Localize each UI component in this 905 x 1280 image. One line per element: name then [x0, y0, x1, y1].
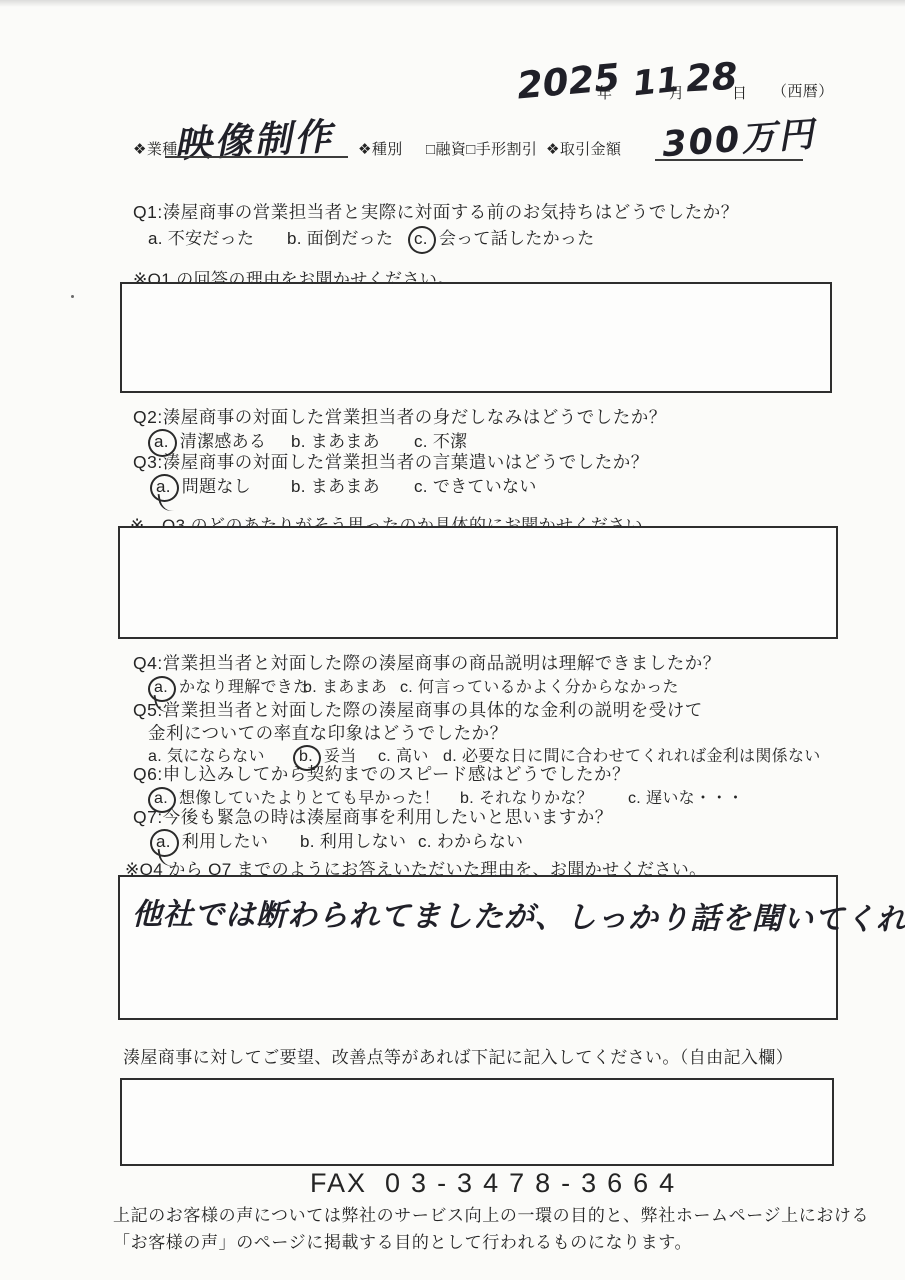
q3-option-b: b.まあまあ: [291, 472, 380, 497]
date-era-note: （西暦）: [772, 80, 834, 101]
deal-type-label-text: 種別: [372, 141, 403, 158]
q7-option-b-label: 利用しない: [320, 832, 407, 851]
q1-option-b-label: 面倒だった: [307, 229, 394, 248]
q4-q7-reason-handwritten-answer: 他社では断わられてましたが、しっかり話を聞いてくれた: [132, 889, 905, 939]
q7-option-b-key: b.: [300, 832, 315, 852]
date-day-suffix: 日: [732, 82, 747, 103]
amount-label-text: 取引金額: [560, 141, 622, 158]
q1-option-c-selected: c.会って話したかった: [415, 224, 595, 254]
fax-line: FAX03-3478-3664: [310, 1168, 685, 1199]
q7-option-b: b.利用しない: [300, 827, 406, 852]
q1-reason-answer-box: [120, 282, 832, 393]
question-q2-text: Q2:湊屋商事の対面した営業担当者の身だしなみはどうでしたか？: [133, 404, 667, 429]
q4-option-b: b.まあまあ: [303, 674, 387, 697]
question-q1-text: Q1:湊屋商事の営業担当者と実際に対面する前のお気持ちはどうでしたか？: [133, 199, 739, 224]
q1-option-a-key: a.: [148, 229, 163, 249]
question-q3-text: Q3:湊屋商事の対面した営業担当者の言葉遣いはどうでしたか？: [133, 449, 649, 474]
q6-option-c-label: 遅いな・・・: [646, 790, 744, 807]
q1-option-b-key: b.: [287, 229, 302, 249]
fax-label: FAX: [310, 1168, 367, 1198]
q4-option-a-label: かなり理解できた: [179, 679, 309, 696]
date-year-suffix: 年: [597, 82, 612, 103]
q7-option-c: c.わからない: [418, 827, 523, 852]
q7-option-c-key: c.: [418, 832, 432, 852]
date-month-suffix: 月: [669, 82, 684, 103]
q7-option-c-label: わからない: [437, 832, 524, 851]
question-q5-text-line1: Q5:営業担当者と対面した際の湊屋商事の具体的な金利の説明を受けて: [133, 697, 703, 722]
q3-option-c: c.できていない: [414, 472, 537, 497]
deal-type-field-label: ❖種別: [358, 138, 403, 159]
q7-option-a-label: 利用したい: [182, 832, 269, 851]
q3-option-c-key: c.: [414, 477, 428, 497]
diamond-icon: ❖: [133, 141, 147, 158]
q1-option-a-label: 不安だった: [168, 229, 255, 248]
diamond-icon: ❖: [546, 141, 560, 158]
q7-option-a-selected: a.利用したい: [157, 827, 268, 857]
q4-option-b-key: b.: [303, 679, 317, 697]
question-q6-text: Q6:申し込みしてから契約までのスピード感はどうでしたか？: [133, 761, 630, 786]
q4-option-c-key: c.: [400, 679, 413, 697]
footer-note-line1: 上記のお客様の声については弊社のサービス向上の一環の目的と、弊社ホームページ上に…: [113, 1201, 869, 1226]
question-q7-text: Q7:今後も緊急の時は湊屋商事を利用したいと思いますか？: [133, 804, 613, 829]
q6-option-c: c.遅いな・・・: [628, 785, 744, 808]
q3-option-b-key: b.: [291, 477, 306, 497]
q3-option-a-selected: a.問題なし: [157, 472, 251, 502]
q6-option-c-key: c.: [628, 790, 641, 808]
question-q5-text-line2: 金利についての率直な印象はどうでしたか？: [148, 720, 508, 745]
scanned-survey-form: 2025 年 11 月 28 日 （西暦） ❖業種 映像制作 ❖種別 □融資□手…: [0, 0, 905, 1280]
scan-speck: [71, 295, 74, 298]
q3-option-b-label: まあまあ: [311, 477, 380, 496]
q1-option-c-key: c.: [408, 226, 436, 254]
fax-number: 03-3478-3664: [385, 1168, 685, 1198]
q3-option-c-label: できていない: [433, 477, 537, 496]
q4-option-b-label: まあまあ: [322, 679, 387, 696]
q4-option-c-label: 何言っているかよく分からなかった: [418, 679, 679, 696]
date-day-handwritten: 28: [685, 55, 739, 101]
q1-option-c-label: 会って話したかった: [439, 229, 595, 248]
amount-underline: [655, 159, 803, 161]
q1-option-a: a.不安だった: [148, 224, 254, 249]
scan-noise: [0, 0, 905, 7]
amount-field-label: ❖取引金額: [546, 138, 621, 159]
q1-option-b: b.面倒だった: [287, 224, 393, 249]
diamond-icon: ❖: [358, 141, 372, 158]
free-entry-prompt: 湊屋商事に対してご要望、改善点等があれば下記に記入してください。（自由記入欄）: [123, 1043, 793, 1068]
industry-value-handwritten: 映像制作: [173, 106, 336, 168]
q3-option-a-label: 問題なし: [182, 477, 251, 496]
industry-underline: [165, 156, 348, 158]
free-entry-answer-box: [120, 1078, 834, 1166]
q4-option-c: c.何言っているかよく分からなかった: [400, 674, 679, 697]
footer-note-line2: 「お客様の声」のページに掲載する目的として行われるものになります。: [113, 1228, 692, 1253]
deal-type-checkbox-options: □融資□手形割引: [426, 138, 537, 159]
question-q4-text: Q4:営業担当者と対面した際の湊屋商事の商品説明は理解できましたか？: [133, 650, 721, 675]
q3-reason-answer-box: [118, 526, 838, 639]
